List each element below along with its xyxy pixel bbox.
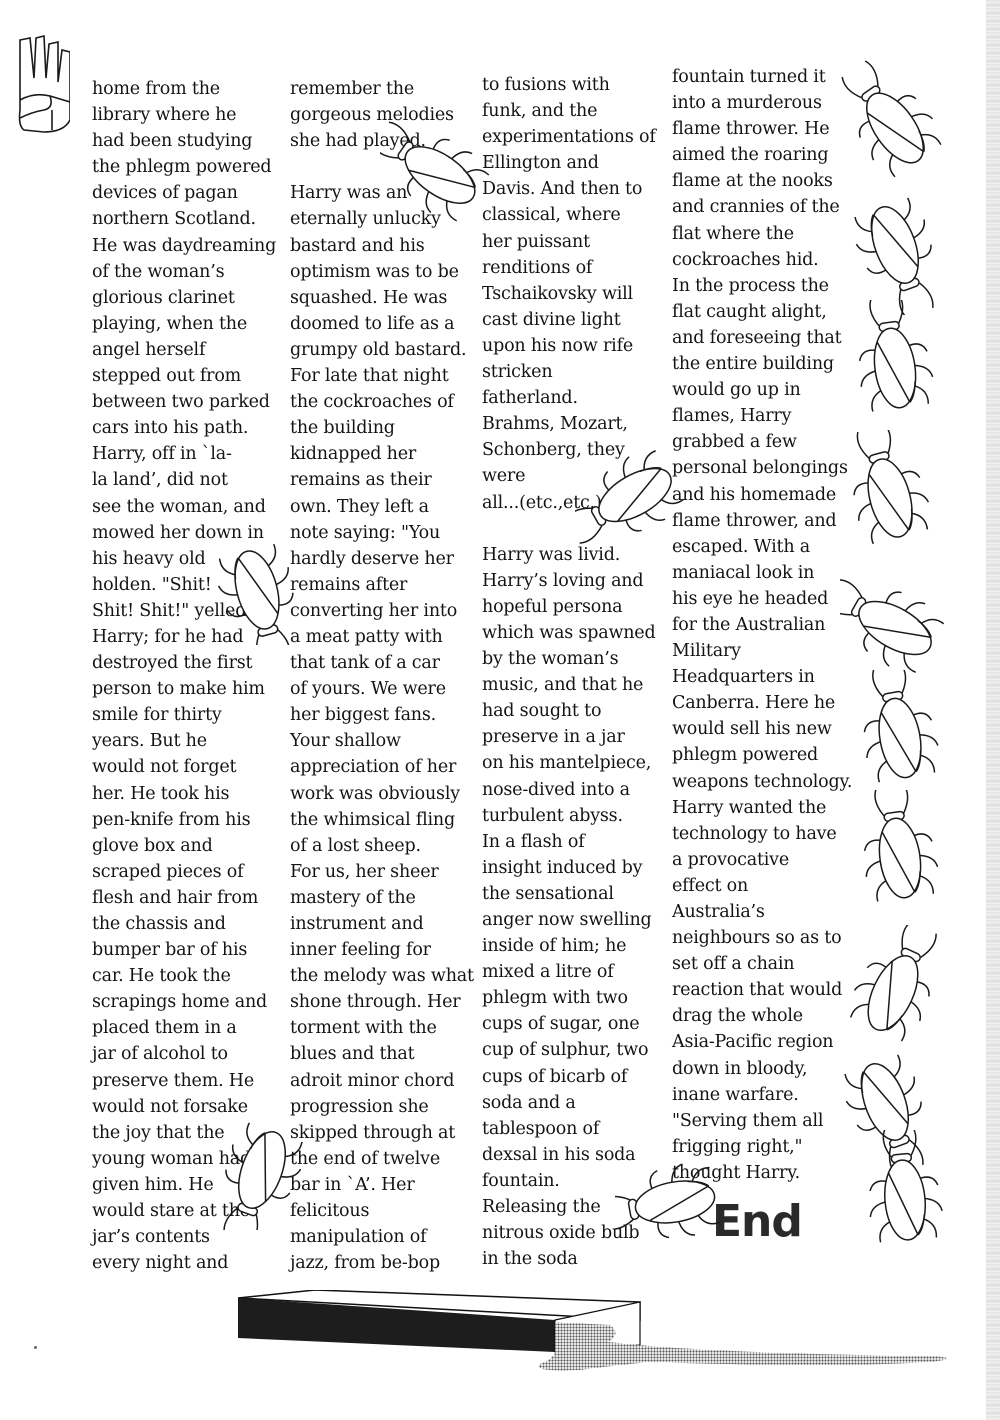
text-line: experimentations of: [482, 124, 656, 150]
text-line: person to make him: [92, 676, 276, 702]
scan-edge-shadow: [986, 0, 1000, 1420]
text-line: flame thrower, and: [672, 508, 852, 534]
text-line: In the process the: [672, 273, 852, 299]
text-line: maniacal look in: [672, 560, 852, 586]
text-line: jazz, from be-bop: [290, 1250, 474, 1276]
text-line: reaction that would: [672, 977, 852, 1003]
text-line: Asia-Pacific region: [672, 1029, 852, 1055]
text-line: and his homemade: [672, 482, 852, 508]
text-line: cups of sugar, one: [482, 1011, 656, 1037]
box-spill-illustration: [230, 1290, 1000, 1380]
text-line: scraped pieces of: [92, 859, 276, 885]
cockroach-icon: [575, 440, 695, 550]
text-line: her. He took his: [92, 781, 276, 807]
text-line: that tank of a car: [290, 650, 474, 676]
text-line: drag the whole: [672, 1003, 852, 1029]
text-line: flat where the: [672, 221, 852, 247]
text-line: Military: [672, 638, 852, 664]
text-line: northern Scotland.: [92, 206, 276, 232]
text-line: fountain turned it: [672, 64, 852, 90]
story-page: home from thelibrary where hehad been st…: [0, 0, 1000, 1420]
text-line: work was obviously: [290, 781, 474, 807]
story-column-2: remember thegorgeous melodiesshe had pla…: [290, 76, 474, 1276]
cockroach-icon: [205, 535, 305, 645]
text-line: preserve them. He: [92, 1068, 276, 1094]
text-line: progression she: [290, 1094, 474, 1120]
text-line: would sell his new: [672, 716, 852, 742]
text-line: library where he: [92, 102, 276, 128]
text-line: "Serving them all: [672, 1108, 852, 1134]
text-line: by the woman’s: [482, 646, 656, 672]
text-line: a provocative: [672, 847, 852, 873]
text-line: Brahms, Mozart,: [482, 411, 656, 437]
text-line: insight induced by: [482, 855, 656, 881]
text-line: nose-dived into a: [482, 777, 656, 803]
text-line: neighbours so as to: [672, 925, 852, 951]
text-line: the chassis and: [92, 911, 276, 937]
text-line: jar of alcohol to: [92, 1041, 276, 1067]
text-line: felicitous: [290, 1198, 474, 1224]
text-line: cars into his path.: [92, 415, 276, 441]
text-line: the end of twelve: [290, 1146, 474, 1172]
text-line: glorious clarinet: [92, 285, 276, 311]
text-line: inane warfare.: [672, 1082, 852, 1108]
text-line: every night and: [92, 1250, 276, 1276]
text-line: bastard and his: [290, 233, 474, 259]
text-line: cast divine light: [482, 307, 656, 333]
text-line: In a flash of: [482, 829, 656, 855]
text-line: in the soda: [482, 1246, 656, 1272]
story-column-1: home from thelibrary where hehad been st…: [92, 76, 276, 1276]
text-line: For late that night: [290, 363, 474, 389]
text-line: her biggest fans.: [290, 702, 474, 728]
text-line: turbulent abyss.: [482, 803, 656, 829]
text-line: mastery of the: [290, 885, 474, 911]
text-line: flat caught alight,: [672, 299, 852, 325]
text-line: to fusions with: [482, 72, 656, 98]
text-line: funk, and the: [482, 98, 656, 124]
text-line: hopeful persona: [482, 594, 656, 620]
text-line: appreciation of her: [290, 754, 474, 780]
text-line: effect on: [672, 873, 852, 899]
text-line: scrapings home and: [92, 989, 276, 1015]
cockroach-icon: [835, 430, 945, 560]
text-line: preserve in a jar: [482, 724, 656, 750]
text-line: her puissant: [482, 229, 656, 255]
text-line: years. But he: [92, 728, 276, 754]
text-line: would go up in: [672, 377, 852, 403]
cockroach-icon: [840, 185, 950, 315]
text-line: the whimsical fling: [290, 807, 474, 833]
text-line: a meat patty with: [290, 624, 474, 650]
text-line: renditions of: [482, 255, 656, 281]
text-line: destroyed the first: [92, 650, 276, 676]
text-line: the sensational: [482, 881, 656, 907]
text-line: squashed. He was: [290, 285, 474, 311]
text-line: remains after: [290, 572, 474, 598]
text-line: converting her into: [290, 598, 474, 624]
text-line: Davis. And then to: [482, 176, 656, 202]
text-line: the melody was what: [290, 963, 474, 989]
cockroach-icon: [845, 790, 955, 920]
text-line: flesh and hair from: [92, 885, 276, 911]
text-line: Tschaikovsky will: [482, 281, 656, 307]
text-line: anger now swelling: [482, 907, 656, 933]
text-line: remember the: [290, 76, 474, 102]
text-line: flames, Harry: [672, 403, 852, 429]
cockroach-icon: [615, 1150, 735, 1250]
text-line: pen-knife from his: [92, 807, 276, 833]
text-line: adroit minor chord: [290, 1068, 474, 1094]
text-line: set off a chain: [672, 951, 852, 977]
cockroach-icon: [838, 925, 948, 1055]
text-line: phlegm powered: [672, 742, 852, 768]
cockroach-icon: [210, 1110, 310, 1230]
text-line: own. They left a: [290, 494, 474, 520]
text-line: Harry wanted the: [672, 795, 852, 821]
text-line: cockroaches hid.: [672, 247, 852, 273]
text-line: personal belongings: [672, 455, 852, 481]
text-line: music, and that he: [482, 672, 656, 698]
text-line: for the Australian: [672, 612, 852, 638]
cockroach-icon: [840, 300, 950, 430]
text-line: Ellington and: [482, 150, 656, 176]
text-line: flame thrower. He: [672, 116, 852, 142]
text-line: would not forget: [92, 754, 276, 780]
text-line: grumpy old bastard.: [290, 337, 474, 363]
text-line: optimism was to be: [290, 259, 474, 285]
text-line: of yours. We were: [290, 676, 474, 702]
text-line: glove box and: [92, 833, 276, 859]
text-line: cup of sulphur, two: [482, 1037, 656, 1063]
text-line: inner feeling for: [290, 937, 474, 963]
text-line: aimed the roaring: [672, 142, 852, 168]
text-line: between two parked: [92, 389, 276, 415]
text-line: skipped through at: [290, 1120, 474, 1146]
text-line: bar in `A’. Her: [290, 1172, 474, 1198]
text-line: on his mantelpiece,: [482, 750, 656, 776]
text-line: car. He took the: [92, 963, 276, 989]
text-line: the cockroaches of: [290, 389, 474, 415]
text-line: shone through. Her: [290, 989, 474, 1015]
text-line: his eye he headed: [672, 586, 852, 612]
text-line: upon his now rife: [482, 333, 656, 359]
text-line: mixed a litre of: [482, 959, 656, 985]
cockroach-icon: [850, 1130, 960, 1260]
text-line: angel herself: [92, 337, 276, 363]
scan-speck: [34, 1346, 37, 1349]
story-column-3: to fusions withfunk, and theexperimentat…: [482, 72, 656, 1272]
hand-icon: [14, 30, 70, 136]
text-line: instrument and: [290, 911, 474, 937]
text-line: la land’, did not: [92, 467, 276, 493]
text-line: classical, where: [482, 202, 656, 228]
text-line: note saying: "You: [290, 520, 474, 546]
text-line: phlegm with two: [482, 985, 656, 1011]
story-column-4: fountain turned itinto a murderousflame …: [672, 64, 852, 1186]
text-line: technology to have: [672, 821, 852, 847]
text-line: remains as their: [290, 467, 474, 493]
text-line: Canberra. Here he: [672, 690, 852, 716]
text-line: He was daydreaming: [92, 233, 276, 259]
cockroach-icon: [845, 670, 955, 800]
text-line: manipulation of: [290, 1224, 474, 1250]
text-line: kidnapped her: [290, 441, 474, 467]
text-line: bumper bar of his: [92, 937, 276, 963]
text-line: and crannies of the: [672, 194, 852, 220]
text-line: stricken: [482, 359, 656, 385]
text-line: weapons technology.: [672, 769, 852, 795]
text-line: doomed to life as a: [290, 311, 474, 337]
text-line: soda and a: [482, 1090, 656, 1116]
text-line: and foreseeing that: [672, 325, 852, 351]
text-line: For us, her sheer: [290, 859, 474, 885]
text-line: had been studying: [92, 128, 276, 154]
cockroach-icon: [840, 60, 950, 190]
text-line: Harry’s loving and: [482, 568, 656, 594]
text-line: the phlegm powered: [92, 154, 276, 180]
text-line: grabbed a few: [672, 429, 852, 455]
text-line: the entire building: [672, 351, 852, 377]
text-line: Headquarters in: [672, 664, 852, 690]
text-line: devices of pagan: [92, 180, 276, 206]
text-line: smile for thirty: [92, 702, 276, 728]
text-line: of the woman’s: [92, 259, 276, 285]
text-line: Your shallow: [290, 728, 474, 754]
text-line: Harry, off in `la-: [92, 441, 276, 467]
text-line: home from the: [92, 76, 276, 102]
text-line: playing, when the: [92, 311, 276, 337]
text-line: blues and that: [290, 1041, 474, 1067]
text-line: tablespoon of: [482, 1116, 656, 1142]
text-line: into a murderous: [672, 90, 852, 116]
text-line: escaped. With a: [672, 534, 852, 560]
text-line: of a lost sheep.: [290, 833, 474, 859]
cockroach-icon: [380, 115, 500, 235]
text-line: the building: [290, 415, 474, 441]
text-line: fatherland.: [482, 385, 656, 411]
text-line: which was spawned: [482, 620, 656, 646]
text-line: down in bloody,: [672, 1056, 852, 1082]
text-line: torment with the: [290, 1015, 474, 1041]
text-line: inside of him; he: [482, 933, 656, 959]
text-line: flame at the nooks: [672, 168, 852, 194]
text-line: cups of bicarb of: [482, 1064, 656, 1090]
text-line: hardly deserve her: [290, 546, 474, 572]
text-line: placed them in a: [92, 1015, 276, 1041]
text-line: see the woman, and: [92, 494, 276, 520]
text-line: stepped out from: [92, 363, 276, 389]
text-line: Australia’s: [672, 899, 852, 925]
text-line: had sought to: [482, 698, 656, 724]
